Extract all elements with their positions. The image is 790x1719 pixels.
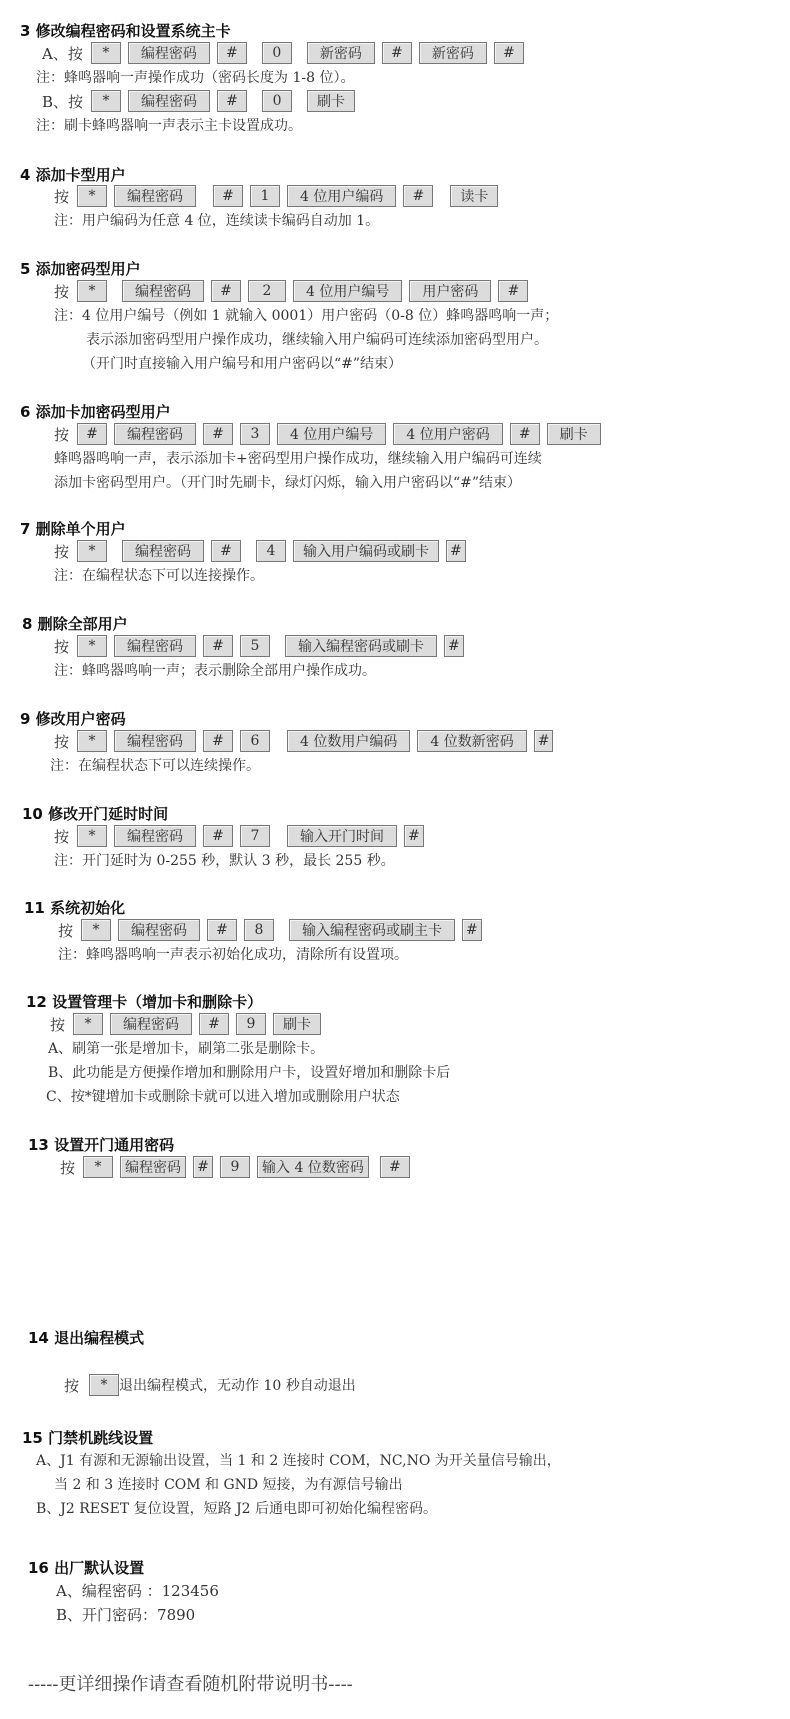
- key-program-password-or-card: 输入编程密码或刷卡: [285, 635, 437, 657]
- note: 注：开门延时为 0-255 秒，默认 3 秒，最长 255 秒。: [54, 848, 395, 872]
- key-program-password: 编程密码: [122, 280, 204, 302]
- note: 注：刷卡蜂鸣器响一声表示主卡设置成功。: [36, 113, 302, 137]
- step-label: 按: [50, 1014, 65, 1035]
- default-door-password: B、开门密码：7890: [56, 1602, 195, 1626]
- key-hash: #: [193, 1156, 213, 1178]
- key-star: *: [91, 90, 121, 112]
- key-program-password: 编程密码: [110, 1013, 192, 1035]
- key-star: *: [83, 1156, 113, 1178]
- key-hash: #: [77, 423, 107, 445]
- section-title: 8 删除全部用户: [22, 613, 128, 634]
- step-label: 按: [54, 424, 69, 445]
- key-star: *: [77, 280, 107, 302]
- key-hash: #: [211, 540, 241, 562]
- key-program-password: 编程密码: [128, 90, 210, 112]
- key-swipe-card: 刷卡: [273, 1013, 321, 1035]
- key-user-code: 4 位用户编码: [287, 185, 396, 207]
- section-title: 10 修改开门延时时间: [22, 803, 168, 824]
- key-digit: 3: [240, 423, 270, 445]
- key-hash: #: [404, 825, 424, 847]
- step-label: 按: [54, 826, 69, 847]
- key-hash: #: [211, 280, 241, 302]
- step-label: 按: [54, 636, 69, 657]
- key-digit: 8: [244, 919, 274, 941]
- note: 当 2 和 3 连接时 COM 和 GND 短接，为有源信号输出: [54, 1472, 403, 1496]
- key-sequence: 按 * 编程密码 # 5 输入编程密码或刷卡 #: [54, 634, 471, 658]
- key-star: *: [91, 42, 121, 64]
- step-label: A、按: [42, 43, 83, 64]
- key-program-password: 编程密码: [114, 825, 196, 847]
- section-title: 3 修改编程密码和设置系统主卡: [20, 20, 231, 41]
- key-sequence: 按 * 编程密码 # 6 4 位数用户编码 4 位数新密码 #: [54, 729, 560, 753]
- key-4-digit-password: 输入 4 位数密码: [257, 1156, 369, 1178]
- note: A、J1 有源和无源输出设置，当 1 和 2 连接时 COM，NC,NO 为开关…: [36, 1448, 561, 1472]
- key-hash: #: [380, 1156, 410, 1178]
- key-new-password: 新密码: [307, 42, 375, 64]
- key-program-password: 编程密码: [120, 1156, 186, 1178]
- step-label: 按: [58, 920, 73, 941]
- section-title: 12 设置管理卡（增加卡和删除卡）: [26, 991, 262, 1012]
- note: 表示添加密码型用户操作成功，继续输入用户编码可连续添加密码型用户。: [86, 327, 548, 351]
- key-user-password: 用户密码: [409, 280, 491, 302]
- section-title: 9 修改用户密码: [20, 708, 126, 729]
- key-program-password: 编程密码: [114, 730, 196, 752]
- key-sequence: 按 * 编程密码 # 2 4 位用户编号 用户密码 #: [54, 279, 535, 303]
- key-sequence: A、按 * 编程密码 # 0 新密码 # 新密码 #: [42, 41, 531, 65]
- note: 注：在编程状态下可以连接操作。: [54, 563, 264, 587]
- note: B、J2 RESET 复位设置，短路 J2 后通电即可初始化编程密码。: [36, 1496, 437, 1520]
- key-swipe-card: 刷卡: [307, 90, 355, 112]
- key-program-password: 编程密码: [114, 635, 196, 657]
- key-star: *: [73, 1013, 103, 1035]
- section-title: 14 退出编程模式: [28, 1327, 144, 1348]
- key-program-password: 编程密码: [128, 42, 210, 64]
- section-title: 11 系统初始化: [24, 897, 125, 918]
- key-hash: #: [534, 730, 554, 752]
- key-sequence: 按 * 退出编程模式，无动作 10 秒自动退出: [64, 1373, 356, 1397]
- key-program-password-or-master-card: 输入编程密码或刷主卡: [289, 919, 455, 941]
- key-sequence: 按 * 编程密码 # 9 刷卡: [50, 1012, 328, 1036]
- key-star: *: [77, 730, 107, 752]
- default-program-password: A、编程密码 ：123456: [56, 1578, 219, 1602]
- key-hash: #: [203, 825, 233, 847]
- key-program-password: 编程密码: [118, 919, 200, 941]
- key-hash: #: [462, 919, 482, 941]
- step-label: 按: [54, 541, 69, 562]
- key-hash: #: [207, 919, 237, 941]
- key-read-card: 读卡: [450, 185, 498, 207]
- key-sequence: B、按 * 编程密码 # 0 刷卡: [42, 89, 362, 113]
- section-title: 7 删除单个用户: [20, 518, 126, 539]
- note: 注：4 位用户编号（例如 1 就输入 0001）用户密码（0-8 位）蜂鸣器鸣响…: [54, 303, 558, 327]
- note: （开门时直接输入用户编号和用户密码以“#”结束）: [82, 351, 402, 375]
- key-digit: 9: [236, 1013, 266, 1035]
- section-title: 16 出厂默认设置: [28, 1557, 144, 1578]
- key-star: *: [81, 919, 111, 941]
- step-label: 按: [54, 731, 69, 752]
- key-hash: #: [403, 185, 433, 207]
- key-hash: #: [498, 280, 528, 302]
- section-title: 5 添加密码型用户: [20, 258, 141, 279]
- key-hash: #: [510, 423, 540, 445]
- footer-note: -----更详细操作请查看随机附带说明书----: [28, 1670, 353, 1696]
- section-title: 15 门禁机跳线设置: [22, 1427, 153, 1448]
- key-star: *: [89, 1374, 119, 1396]
- key-open-time: 输入开门时间: [287, 825, 397, 847]
- key-user-code-or-card: 输入用户编码或刷卡: [293, 540, 439, 562]
- key-user-number: 4 位用户编号: [277, 423, 386, 445]
- key-star: *: [77, 825, 107, 847]
- key-star: *: [77, 635, 107, 657]
- key-sequence: 按 * 编程密码 # 4 输入用户编码或刷卡 #: [54, 539, 473, 563]
- instruction-text: 退出编程模式，无动作 10 秒自动退出: [119, 1375, 356, 1395]
- key-digit: 5: [240, 635, 270, 657]
- note: 注：在编程状态下可以连续操作。: [50, 753, 260, 777]
- step-label: 按: [60, 1157, 75, 1178]
- key-program-password: 编程密码: [122, 540, 204, 562]
- key-user-password: 4 位用户密码: [393, 423, 502, 445]
- note: A、刷第一张是增加卡，刷第二张是删除卡。: [48, 1036, 324, 1060]
- key-hash: #: [203, 423, 233, 445]
- key-sequence: 按 * 编程密码 # 7 输入开门时间 #: [54, 824, 431, 848]
- key-digit: 7: [240, 825, 270, 847]
- key-star: *: [77, 185, 107, 207]
- key-sequence: 按 * 编程密码 # 1 4 位用户编码 # 读卡: [54, 184, 505, 208]
- key-hash: #: [217, 42, 247, 64]
- note: C、按*键增加卡或删除卡就可以进入增加或删除用户状态: [46, 1084, 400, 1108]
- key-sequence: 按 * 编程密码 # 8 输入编程密码或刷主卡 #: [58, 918, 489, 942]
- key-new-password: 新密码: [419, 42, 487, 64]
- key-user-number: 4 位用户编号: [293, 280, 402, 302]
- key-digit: 9: [220, 1156, 250, 1178]
- note: 添加卡密码型用户。（开门时先刷卡，绿灯闪烁，输入用户密码以“#”结束）: [54, 470, 521, 494]
- note: B、此功能是方便操作增加和删除用户卡，设置好增加和删除卡后: [48, 1060, 450, 1084]
- key-user-code: 4 位数用户编码: [287, 730, 410, 752]
- key-swipe-card: 刷卡: [547, 423, 601, 445]
- note: 注：用户编码为任意 4 位，连续读卡编码自动加 1。: [54, 208, 379, 232]
- key-hash: #: [217, 90, 247, 112]
- key-program-password: 编程密码: [114, 185, 196, 207]
- key-program-password: 编程密码: [114, 423, 196, 445]
- note: 注：蜂鸣器响一声操作成功（密码长度为 1-8 位）。: [36, 65, 354, 89]
- key-digit: 2: [248, 280, 286, 302]
- key-digit: 1: [250, 185, 280, 207]
- key-digit: 0: [262, 42, 292, 64]
- key-sequence: 按 * 编程密码 # 9 输入 4 位数密码 #: [60, 1155, 417, 1179]
- key-sequence: 按 # 编程密码 # 3 4 位用户编号 4 位用户密码 # 刷卡: [54, 422, 608, 446]
- key-hash: #: [213, 185, 243, 207]
- key-hash: #: [446, 540, 466, 562]
- key-digit: 0: [262, 90, 292, 112]
- note: 注：蜂鸣器鸣响一声表示初始化成功，清除所有设置项。: [58, 942, 408, 966]
- section-title: 13 设置开门通用密码: [28, 1134, 174, 1155]
- key-digit: 4: [256, 540, 286, 562]
- section-title: 4 添加卡型用户: [20, 164, 126, 185]
- step-label: B、按: [42, 91, 83, 112]
- key-hash: #: [382, 42, 412, 64]
- section-title: 6 添加卡加密码型用户: [20, 401, 171, 422]
- key-hash: #: [203, 730, 233, 752]
- key-hash: #: [199, 1013, 229, 1035]
- note: 注：蜂鸣器鸣响一声；表示删除全部用户操作成功。: [54, 658, 376, 682]
- step-label: 按: [54, 186, 69, 207]
- step-label: 按: [54, 281, 69, 302]
- note: 蜂鸣器鸣响一声，表示添加卡+密码型用户操作成功，继续输入用户编码可连续: [54, 446, 542, 470]
- key-hash: #: [203, 635, 233, 657]
- key-hash: #: [444, 635, 464, 657]
- step-label: 按: [64, 1375, 79, 1396]
- key-new-password: 4 位数新密码: [417, 730, 526, 752]
- key-hash: #: [494, 42, 524, 64]
- key-digit: 6: [240, 730, 270, 752]
- key-star: *: [77, 540, 107, 562]
